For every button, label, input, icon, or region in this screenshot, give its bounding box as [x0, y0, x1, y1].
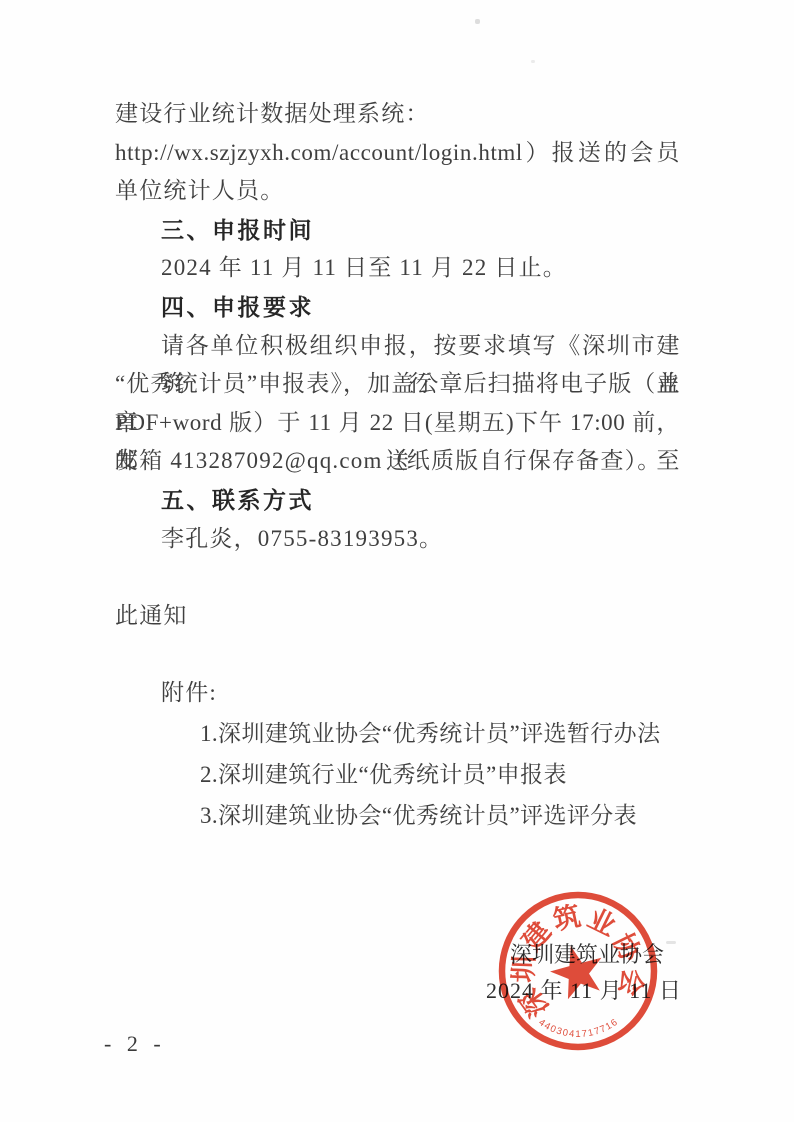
svg-text:1: 1: [575, 1029, 580, 1040]
official-seal-stamp: 深圳建筑业协会 4403041717716: [467, 860, 689, 1082]
requirements-line-email: 邮箱 413287092@qq.com（纸质版自行保存备查）。: [115, 442, 680, 481]
document-page: 建设行业统计数据处理系统： http://wx.szjzyxh.com/acco…: [0, 0, 794, 1122]
scan-artifact: [666, 941, 676, 944]
svg-text:4: 4: [536, 1017, 547, 1029]
body-line-members: 单位统计人员。: [115, 172, 680, 211]
requirements-line: “优秀统计员”申报表》，加盖公章后扫描将电子版（盖章: [115, 365, 680, 404]
attachment-item: 3.深圳建筑业协会“优秀统计员”评选评分表: [115, 797, 680, 836]
attachments-label: 附件:: [115, 674, 680, 713]
section-heading-application-time: 三、申报时间: [115, 211, 680, 250]
scan-artifact: [475, 19, 480, 24]
signature-organization: 深圳建筑业协会: [510, 938, 664, 969]
svg-text:1: 1: [587, 1027, 594, 1039]
svg-text:1: 1: [604, 1020, 614, 1032]
svg-text:4: 4: [542, 1020, 552, 1032]
attachment-item: 2.深圳建筑行业“优秀统计员”申报表: [115, 756, 680, 795]
blank-line: [115, 558, 680, 597]
closing-line: 此通知: [115, 597, 680, 636]
section-body-contact: 李孔炎，0755-83193953。: [115, 520, 680, 559]
page-number: - 2 -: [104, 1031, 166, 1057]
requirements-line: 请各单位积极组织申报，按要求填写《深圳市建筑行业: [115, 327, 680, 366]
requirements-line: PDF+word 版）于 11 月 22 日(星期五)下午 17:00 前，发送…: [115, 404, 680, 443]
svg-text:6: 6: [609, 1017, 620, 1029]
svg-text:7: 7: [581, 1028, 587, 1039]
svg-text:业: 业: [583, 903, 620, 942]
seal-serial: 4403041717716: [536, 1017, 619, 1040]
attachment-item: 1.深圳建筑业协会“优秀统计员”评选暂行办法: [115, 715, 680, 754]
scan-artifact: [531, 60, 535, 63]
svg-text:0: 0: [548, 1023, 557, 1035]
svg-text:筑: 筑: [550, 901, 583, 936]
body-line-url: http://wx.szjzyxh.com/account/login.html…: [115, 134, 680, 173]
svg-text:0: 0: [562, 1027, 569, 1039]
body-line-system: 建设行业统计数据处理系统：: [115, 95, 680, 134]
section-heading-application-requirements: 四、申报要求: [115, 288, 680, 327]
svg-text:4: 4: [568, 1028, 574, 1039]
svg-text:7: 7: [598, 1023, 607, 1035]
svg-text:7: 7: [593, 1026, 601, 1038]
section-heading-contact: 五、联系方式: [115, 481, 680, 520]
signature-date: 2024 年 11 月 11 日: [486, 974, 682, 1005]
svg-text:3: 3: [555, 1026, 563, 1038]
seal-ring: [502, 895, 654, 1047]
section-body-application-time: 2024 年 11 月 11 日至 11 月 22 日止。: [115, 249, 680, 288]
blank-line: [115, 635, 680, 674]
document-body: 建设行业统计数据处理系统： http://wx.szjzyxh.com/acco…: [115, 95, 680, 836]
